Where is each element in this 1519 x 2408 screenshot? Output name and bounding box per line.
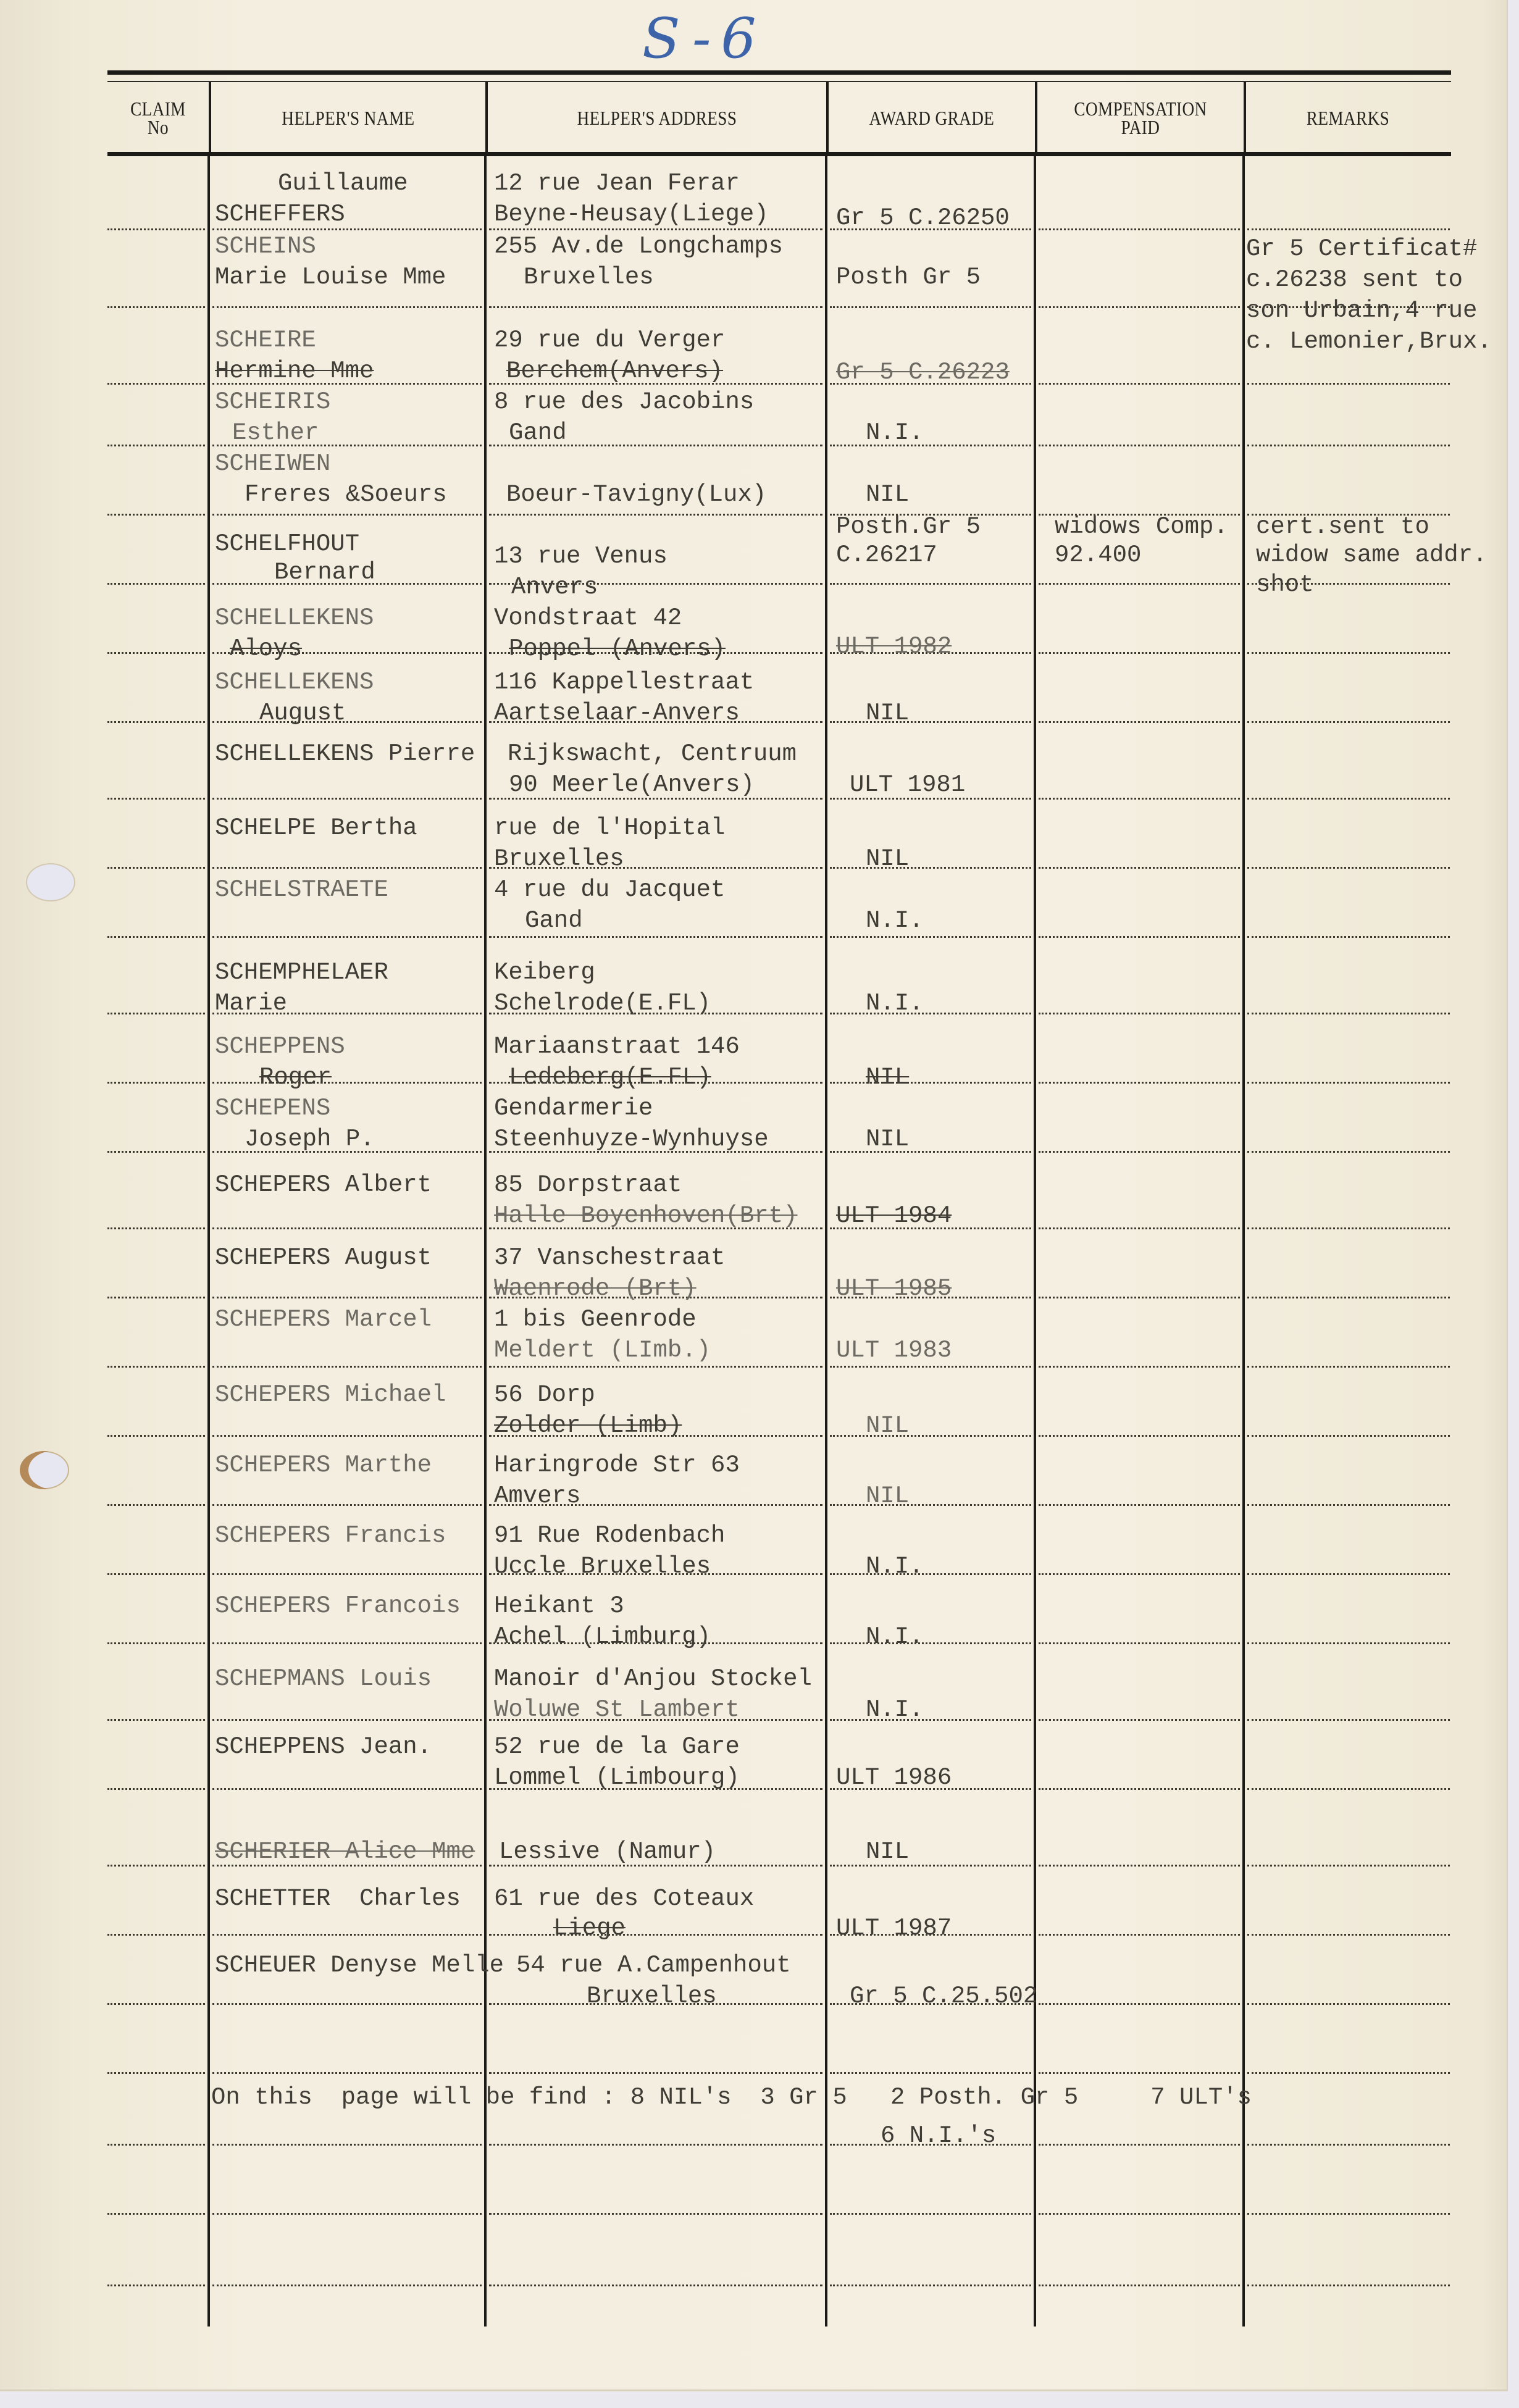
dotted-rule xyxy=(830,445,1031,446)
dotted-rule xyxy=(107,2285,205,2286)
dotted-rule xyxy=(107,721,205,723)
dotted-rule xyxy=(830,1573,1031,1575)
helper-address-line1: 12 rue Jean Ferar xyxy=(494,168,740,199)
award-grade: NIL xyxy=(866,1481,909,1511)
helper-address-line1: 37 Vanschestraat xyxy=(494,1242,725,1273)
dotted-rule xyxy=(107,1934,205,1936)
helper-name-line2: Esther xyxy=(232,417,319,448)
helper-address-line1: 13 rue Venus xyxy=(494,541,667,572)
helper-name-line2: Joseph P. xyxy=(245,1124,375,1155)
dotted-rule xyxy=(1247,1642,1450,1644)
award-grade: NIL xyxy=(866,1062,909,1093)
helper-address-line1: Manoir d'Anjou Stockel xyxy=(494,1663,812,1694)
helper-name-line1: SCHELLEKENS Pierre xyxy=(215,738,475,769)
dotted-rule xyxy=(1039,1082,1240,1084)
dotted-rule xyxy=(1039,1504,1240,1506)
dotted-rule xyxy=(1247,2213,1450,2215)
dotted-rule xyxy=(830,583,1031,585)
dotted-rule xyxy=(212,1504,482,1506)
column-header-helper-name: HELPER'S NAME xyxy=(232,83,464,153)
column-divider xyxy=(207,156,210,2326)
helper-name-line1: SCHEPERS Michael xyxy=(215,1379,446,1410)
dotted-rule xyxy=(107,936,205,938)
helper-name-line1: SCHEPERS Albert xyxy=(215,1169,432,1200)
dotted-rule xyxy=(212,1573,482,1575)
helper-name-line2: Marie xyxy=(215,988,287,1019)
dotted-rule xyxy=(830,1504,1031,1506)
summary-line1: On this page will be find : 8 NIL's 3 Gr… xyxy=(211,2082,1252,2113)
dotted-rule xyxy=(212,1642,482,1644)
dotted-rule xyxy=(212,1934,482,1936)
helper-name-line1: SCHEINS xyxy=(215,231,316,262)
helper-address-line1: 56 Dorp xyxy=(494,1379,595,1410)
dotted-rule xyxy=(107,228,205,230)
dotted-rule xyxy=(1039,1934,1240,1936)
award-grade: ULT 1982 xyxy=(836,631,952,662)
dotted-rule xyxy=(107,1642,205,1644)
punch-hole-torn xyxy=(20,1451,69,1489)
dotted-rule xyxy=(489,1934,822,1936)
header-divider xyxy=(1035,82,1037,152)
dotted-rule xyxy=(830,1082,1031,1084)
helper-address-line1: 255 Av.de Longchamps xyxy=(494,231,783,262)
dotted-rule xyxy=(107,1435,205,1437)
dotted-rule xyxy=(107,1788,205,1790)
dotted-rule xyxy=(1247,1435,1450,1437)
dotted-rule xyxy=(107,306,205,308)
dotted-rule xyxy=(1247,383,1450,385)
dotted-rule xyxy=(489,1366,822,1368)
helper-address-line1: Heikant 3 xyxy=(494,1591,624,1621)
dotted-rule xyxy=(830,2072,1031,2074)
remarks-line3: shot xyxy=(1256,569,1314,600)
dotted-rule xyxy=(212,306,482,308)
dotted-rule xyxy=(107,1227,205,1229)
award-grade: N.I. xyxy=(866,417,924,448)
dotted-rule xyxy=(1247,2285,1450,2286)
dotted-rule xyxy=(107,2213,205,2215)
column-header-award-grade: AWARD GRADE xyxy=(844,83,1019,153)
dotted-rule xyxy=(1039,1013,1240,1014)
remarks-line1: Gr 5 Certificat# xyxy=(1246,233,1477,264)
award-grade: Gr 5 C.26250 xyxy=(836,203,1010,233)
helper-address-line1: Lessive (Namur) xyxy=(499,1836,716,1867)
helper-address-line1: Keiberg xyxy=(494,957,595,988)
dotted-rule xyxy=(1247,2003,1450,2005)
column-header-remarks: REMARKS xyxy=(1262,83,1435,153)
dotted-rule xyxy=(489,2072,822,2074)
dotted-rule xyxy=(212,1366,482,1368)
dotted-rule xyxy=(107,798,205,800)
dotted-rule xyxy=(1247,1013,1450,1014)
award-grade: ULT 1987 xyxy=(836,1913,952,1944)
helper-address-line2: Berchem(Anvers) xyxy=(506,356,723,387)
award-grade: NIL xyxy=(866,698,909,729)
helper-address-line1: 4 rue du Jacquet xyxy=(494,874,725,905)
dotted-rule xyxy=(830,867,1031,869)
helper-address-line1: 85 Dorpstraat xyxy=(494,1169,682,1200)
dotted-rule xyxy=(1039,1642,1240,1644)
dotted-rule xyxy=(489,2144,822,2146)
dotted-rule xyxy=(1039,867,1240,869)
helper-address-line2: Aartselaar-Anvers xyxy=(494,698,740,729)
dotted-rule xyxy=(489,2285,822,2286)
helper-address-line1: Haringrode Str 63 xyxy=(494,1450,740,1481)
helper-address-line2: 90 Meerle(Anvers) xyxy=(509,769,755,800)
helper-address-line2: Gand xyxy=(509,417,567,448)
helper-name-line2: Roger xyxy=(259,1062,332,1093)
helper-name-line2: Hermine Mme xyxy=(215,356,374,387)
dotted-rule xyxy=(1039,652,1240,654)
dotted-rule xyxy=(107,445,205,446)
dotted-rule xyxy=(107,1366,205,1368)
dotted-rule xyxy=(1247,798,1450,800)
award-grade: NIL xyxy=(866,1410,909,1441)
dotted-rule xyxy=(1039,445,1240,446)
dotted-rule xyxy=(107,1504,205,1506)
helper-address-line1: 116 Kappellestraat xyxy=(494,667,754,698)
award-grade-line2: C.26217 xyxy=(836,540,937,571)
remarks-line1: cert.sent to xyxy=(1256,511,1429,542)
award-grade-line1: Posth.Gr 5 xyxy=(836,511,981,542)
dotted-rule xyxy=(830,306,1031,308)
helper-name-line1: SCHEPPENS Jean. xyxy=(215,1731,432,1762)
dotted-rule xyxy=(1039,2144,1240,2146)
dotted-rule xyxy=(212,2144,482,2146)
dotted-rule xyxy=(212,1719,482,1721)
helper-address-line2: Gand xyxy=(525,905,583,936)
dotted-rule xyxy=(1247,445,1450,446)
dotted-rule xyxy=(107,1865,205,1867)
dotted-rule xyxy=(830,2285,1031,2286)
dotted-rule xyxy=(830,2213,1031,2215)
helper-address-line2: Bruxelles xyxy=(494,843,624,874)
helper-address-line1: Mariaanstraat 146 xyxy=(494,1031,740,1062)
dotted-rule xyxy=(212,2072,482,2074)
column-header-helper-address: HELPER'S ADDRESS xyxy=(513,83,801,153)
dotted-rule xyxy=(830,721,1031,723)
dotted-rule xyxy=(212,2285,482,2286)
helper-address-line1: Gendarmerie xyxy=(494,1093,653,1124)
helper-address-line2: Anvers xyxy=(511,572,598,603)
dotted-rule xyxy=(830,1435,1031,1437)
helper-name-line1: SCHEIRIS xyxy=(215,387,330,417)
remarks-line4: c. Lemonier,Brux. xyxy=(1246,326,1492,357)
dotted-rule xyxy=(107,583,205,585)
dotted-rule xyxy=(830,1013,1031,1014)
helper-name-line1: Guillaume xyxy=(278,168,408,199)
helper-name-line2: Bernard xyxy=(274,557,375,588)
dotted-rule xyxy=(1247,1151,1450,1153)
helper-address-line2: Beyne-Heusay(Liege) xyxy=(494,199,769,230)
page-marker-handwritten: S-6 xyxy=(642,6,766,71)
award-grade: NIL xyxy=(866,843,909,874)
dotted-rule xyxy=(489,306,822,308)
helper-address-line2: Woluwe St Lambert xyxy=(494,1694,740,1725)
helper-name-line1: SCHEUER Denyse Melle xyxy=(215,1950,504,1981)
header-divider xyxy=(826,82,829,152)
helper-address-line2: Halle Boyenhoven(Brt) xyxy=(494,1200,797,1231)
column-divider xyxy=(484,156,487,2326)
helper-name-line1: SCHEPERS Francois xyxy=(215,1591,461,1621)
dotted-rule xyxy=(1247,1297,1450,1298)
helper-address-line1: Vondstraat 42 xyxy=(494,603,682,633)
helper-address-line1: 29 rue du Verger xyxy=(494,325,725,356)
award-grade: NIL xyxy=(866,1836,909,1867)
remarks-line3: son Urbain,4 rue xyxy=(1246,295,1477,326)
remarks-line2: c.26238 sent to xyxy=(1246,264,1463,295)
dotted-rule xyxy=(1039,1435,1240,1437)
helper-address-line2: Boeur-Tavigny(Lux) xyxy=(506,479,766,510)
award-grade: ULT 1983 xyxy=(836,1335,952,1366)
dotted-rule xyxy=(212,2003,482,2005)
award-grade: N.I. xyxy=(866,1694,924,1725)
dotted-rule xyxy=(1247,652,1450,654)
column-divider xyxy=(1242,156,1245,2326)
dotted-rule xyxy=(830,936,1031,938)
helper-name-line1: SCHERIER Alice Mme xyxy=(215,1836,475,1867)
helper-address-line1: 1 bis Geenrode xyxy=(494,1304,697,1335)
dotted-rule xyxy=(212,1788,482,1790)
helper-address-line1: Rijkswacht, Centruum xyxy=(508,738,797,769)
remarks-line2: widow same addr. xyxy=(1256,540,1487,571)
helper-address-line2: Meldert (LImb.) xyxy=(494,1335,711,1366)
award-grade: N.I. xyxy=(866,1621,924,1652)
column-divider xyxy=(825,156,827,2326)
helper-name-line2: Freres &Soeurs xyxy=(245,479,447,510)
dotted-rule xyxy=(1039,583,1240,585)
helper-address-line2: Waenrode (Brt) xyxy=(494,1273,697,1304)
helper-address-line2: Lommel (Limbourg) xyxy=(494,1762,740,1793)
helper-name-line1: SCHELPE Bertha xyxy=(215,813,417,843)
dotted-rule xyxy=(1039,228,1240,230)
dotted-rule xyxy=(107,1297,205,1298)
dotted-rule xyxy=(1247,867,1450,869)
dotted-rule xyxy=(1247,1366,1450,1368)
dotted-rule xyxy=(212,1082,482,1084)
award-grade: ULT 1985 xyxy=(836,1273,952,1304)
dotted-rule xyxy=(1039,1151,1240,1153)
helper-name-line1: SCHELSTRAETE xyxy=(215,874,388,905)
dotted-rule xyxy=(212,514,482,516)
dotted-rule xyxy=(1039,721,1240,723)
dotted-rule xyxy=(1039,1788,1240,1790)
award-grade: Gr 5 C.25.502 xyxy=(850,1981,1037,2012)
dotted-rule xyxy=(1247,1719,1450,1721)
dotted-rule xyxy=(1039,1366,1240,1368)
header-bottom-rule xyxy=(107,152,1451,156)
helper-name-line2: August xyxy=(259,698,346,729)
helper-address-line2: Bruxelles xyxy=(587,1981,717,2012)
helper-address-line1: 61 rue des Coteaux xyxy=(494,1883,754,1914)
dotted-rule xyxy=(489,514,822,516)
dotted-rule xyxy=(1247,1934,1450,1936)
dotted-rule xyxy=(1039,798,1240,800)
helper-name-line1: SCHEIRE xyxy=(215,325,316,356)
dotted-rule xyxy=(830,1719,1031,1721)
helper-name-line1: SCHELFHOUT xyxy=(215,529,359,559)
award-grade: N.I. xyxy=(866,1551,924,1582)
dotted-rule xyxy=(107,383,205,385)
dotted-rule xyxy=(1247,1573,1450,1575)
award-grade: ULT 1981 xyxy=(850,769,965,800)
dotted-rule xyxy=(107,2072,205,2074)
dotted-rule xyxy=(1039,936,1240,938)
dotted-rule xyxy=(1247,721,1450,723)
dotted-rule xyxy=(1039,2003,1240,2005)
dotted-rule xyxy=(1247,936,1450,938)
helper-address-line2: Poppel (Anvers) xyxy=(509,633,726,664)
dotted-rule xyxy=(1247,2144,1450,2146)
dotted-rule xyxy=(107,1573,205,1575)
award-grade: ULT 1984 xyxy=(836,1200,952,1231)
dotted-rule xyxy=(489,2213,822,2215)
dotted-rule xyxy=(1039,306,1240,308)
helper-name-line1: SCHEPERS Francis xyxy=(215,1520,446,1551)
helper-address-line2: Schelrode(E.FL) xyxy=(494,988,711,1019)
award-grade: NIL xyxy=(866,479,909,510)
helper-name-line1: SCHEPPENS xyxy=(215,1031,345,1062)
helper-address-line1: rue de l'Hopital xyxy=(494,813,725,843)
award-grade: Gr 5 C.26223 xyxy=(836,357,1010,388)
dotted-rule xyxy=(1247,1788,1450,1790)
helper-name-line1: SCHEPERS August xyxy=(215,1242,432,1273)
helper-address-line2: Liege xyxy=(553,1913,626,1944)
helper-address-line2: Steenhuyze-Wynhuyse xyxy=(494,1124,769,1155)
dotted-rule xyxy=(1247,228,1450,230)
dotted-rule xyxy=(107,1151,205,1153)
dotted-rule xyxy=(212,798,482,800)
dotted-rule xyxy=(107,1719,205,1721)
header-divider xyxy=(485,82,488,152)
dotted-rule xyxy=(212,721,482,723)
helper-address-line2: Zolder (Limb) xyxy=(494,1410,682,1441)
dotted-rule xyxy=(1039,383,1240,385)
dotted-rule xyxy=(830,1366,1031,1368)
summary-line2: 6 N.I.'s xyxy=(881,2120,996,2151)
dotted-rule xyxy=(212,936,482,938)
dotted-rule xyxy=(1039,2072,1240,2074)
dotted-rule xyxy=(1039,1719,1240,1721)
award-grade: N.I. xyxy=(866,905,924,936)
helper-name-line1: SCHELLEKENS xyxy=(215,603,374,633)
document-page: S-6 CLAIM No HELPER'S NAME HELPER'S ADDR… xyxy=(0,0,1508,2391)
dotted-rule xyxy=(1247,1865,1450,1867)
header-thin-rule xyxy=(107,81,1451,82)
helper-name-line1: SCHEPMANS Louis xyxy=(215,1663,432,1694)
helper-address-line1: 52 rue de la Gare xyxy=(494,1731,740,1762)
award-grade: NIL xyxy=(866,1124,909,1155)
helper-address-line1: 54 rue A.Campenhout xyxy=(516,1950,791,1981)
helper-name-line1: SCHEPERS Marthe xyxy=(215,1450,432,1481)
dotted-rule xyxy=(107,652,205,654)
column-header-claim-no: CLAIM No xyxy=(115,83,201,153)
dotted-rule xyxy=(107,514,205,516)
dotted-rule xyxy=(212,1435,482,1437)
dotted-rule xyxy=(212,1297,482,1298)
helper-address-line1: 91 Rue Rodenbach xyxy=(494,1520,725,1551)
dotted-rule xyxy=(1039,1865,1240,1867)
dotted-rule xyxy=(212,867,482,869)
dotted-rule xyxy=(107,2144,205,2146)
compensation-line2: 92.400 xyxy=(1055,540,1141,571)
column-header-compensation-paid: COMPENSATION PAID xyxy=(1053,83,1228,153)
dotted-rule xyxy=(1039,2213,1240,2215)
dotted-rule xyxy=(107,2003,205,2005)
dotted-rule xyxy=(107,1082,205,1084)
header-divider xyxy=(209,82,211,152)
dotted-rule xyxy=(1247,1504,1450,1506)
helper-address-line2: Bruxelles xyxy=(524,262,654,293)
helper-address-line2: Amvers xyxy=(494,1481,580,1511)
dotted-rule xyxy=(1039,1297,1240,1298)
helper-name-line1: SCHEMPHELAER xyxy=(215,957,388,988)
award-grade: Posth Gr 5 xyxy=(836,262,981,293)
helper-name-line1: SCHEPERS Marcel xyxy=(215,1304,432,1335)
dotted-rule xyxy=(1247,1227,1450,1229)
helper-address-line1: 8 rue des Jacobins xyxy=(494,387,754,417)
dotted-rule xyxy=(830,1642,1031,1644)
helper-address-line2: Uccle Bruxelles xyxy=(494,1551,711,1582)
helper-name-line1: SCHETTER Charles xyxy=(215,1883,461,1914)
helper-address-line2: Achel (Limburg) xyxy=(494,1621,711,1652)
helper-name-line1: SCHELLEKENS xyxy=(215,667,374,698)
helper-name-line1: SCHEPENS xyxy=(215,1093,330,1124)
dotted-rule xyxy=(1039,1573,1240,1575)
dotted-rule xyxy=(830,1865,1031,1867)
compensation-line1: widows Comp. xyxy=(1055,511,1228,542)
dotted-rule xyxy=(489,936,822,938)
helper-name-line2: SCHEFFERS xyxy=(215,199,345,230)
punch-hole xyxy=(26,863,75,901)
award-grade: ULT 1986 xyxy=(836,1762,952,1793)
dotted-rule xyxy=(1247,1082,1450,1084)
helper-name-line2: Marie Louise Mme xyxy=(215,262,446,293)
dotted-rule xyxy=(1039,2285,1240,2286)
header-top-rule xyxy=(107,70,1451,75)
dotted-rule xyxy=(1247,2072,1450,2074)
dotted-rule xyxy=(212,2213,482,2215)
dotted-rule xyxy=(107,1013,205,1014)
helper-address-line2: Ledeberg(E.FL) xyxy=(509,1062,711,1093)
helper-name-line1: SCHEIWEN xyxy=(215,448,330,479)
header-divider xyxy=(1244,82,1246,152)
dotted-rule xyxy=(107,867,205,869)
dotted-rule xyxy=(212,1227,482,1229)
helper-name-line2: Aloys xyxy=(230,633,302,664)
dotted-rule xyxy=(830,1151,1031,1153)
award-grade: N.I. xyxy=(866,988,924,1019)
dotted-rule xyxy=(1039,1227,1240,1229)
